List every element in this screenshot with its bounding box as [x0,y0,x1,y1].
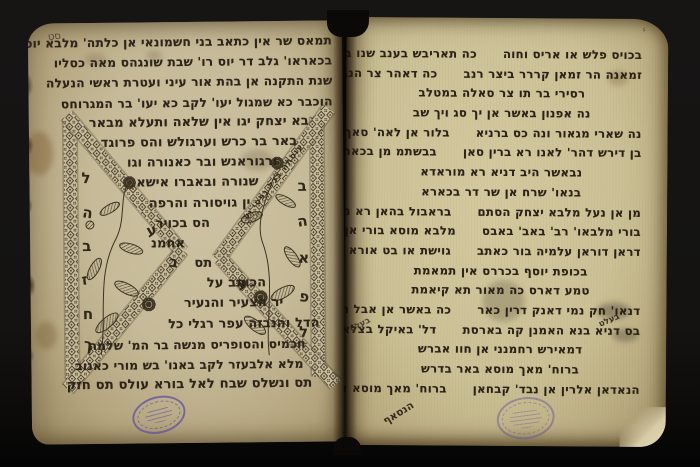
text-line: זמאנה הר זמאן קררר ביצר רנבכה דאהר צר הנ… [362,64,642,86]
hemistich-right: בכויס פלש או אריס וחוה [503,45,642,66]
text-line: בכופת יוסף בכררס אין תמאמת [361,261,641,283]
text-line: טמע דארס כה מאור תא קיאמת [361,280,641,302]
hemistich-left: בבשתמ מן בכאר' כוש חורדאן [344,142,438,163]
hemistich-left: מלבא מוסא בורי אן אפתאבס [344,221,457,242]
text-line: הדל והנבזה עפר רגלי כל [98,313,346,336]
text-line: יר הצעיר והנעיר [88,292,347,315]
hemistich-right: מן אן נעל מלבא יצחק הסתם [477,202,641,223]
oval-ink-stamp-right [494,393,557,442]
page-corner-curl [619,407,667,447]
right-page: ء בכויס פלש או אריס וחוהכה תאריבש בענב ש… [344,17,669,447]
text-line: רסירי בר תו צר סאלה במטלב [362,83,642,105]
text-line: הנאדאן אלרין אן נבד' קבחאןברוח' מאך מוסא… [360,379,640,401]
hemistich-right: בן דירש דהר' לאנו רא ברין סאן [463,143,642,164]
hemistich-right: זמאנה הר זמאן קררר ביצר רנב [463,64,642,85]
binding-notch [327,10,369,37]
text-line: נה אפנון באשר אן יך סג ויך שב [362,103,642,125]
text-line: דנאו' חק נמי דאנק דרין כארכה באשר אן אבל… [360,300,640,322]
text-line: דמאירש רחמנני אן חוו אברש [360,339,640,361]
text-line: נבאשר היב דניא רא מוראדא [361,162,641,184]
left-page-text: תמאס שר אין כתאב בני חשמונאי אן כלתה' מל… [40,30,336,396]
right-page-text: בכויס פלש או אריס וחוהכה תאריבש בענב שנו… [360,44,642,400]
hemistich-right: הנאדאן אלרין אן נבד' קבחאן [473,379,640,400]
text-line: תס ונשלס שבח לאל בורא עולס תס חזק [44,374,336,397]
text-line: נה שארי מגאור ונה כס ברניאבלור אן לאה' ס… [362,123,642,145]
hemistich-right: דראן דוראן עלמיה בור כאתב [477,242,641,263]
manuscript-photo: סט [0,0,700,467]
left-page: סט [28,20,346,444]
text-line: בכויס פלש או אריס וחוהכה תאריבש בענב שנו… [362,44,642,66]
hemistich-right: בורי מלבאו' רב' באב' באבס [482,222,641,243]
text-line: בורי מלבאו' רב' באב' באבסמלבא מוסא בורי … [361,221,641,243]
hemistich-left: ברוח' מאך מוסא אבן עמראן [344,378,447,399]
hemistich-left: גוישת או בט אורא בא מדאתב [344,240,452,261]
binding-notch [333,437,361,455]
hemistich-right: נה שארי מגאור ונה כס ברניא [476,124,642,145]
hemistich-left: כה תאריבש בענב שנו בשהרהא [344,44,478,65]
text-line: דראן דוראן עלמיה בור כאתבגוישת או בט אור… [361,241,641,263]
corner-mark: ء [642,25,646,35]
catchword: הנסאף [381,399,416,427]
text-line: בנאו' שרח אן שר דר בכארא [361,182,641,204]
text-line: ברוח' מאך מוסא באר בדרש [360,359,640,381]
hemistich-left: בלור אן לאה' סאך חק תעלא [344,122,450,143]
hemistich-left: בראבול בהאן רא מי פרסתם [344,201,452,222]
text-line: מן אן נעל מלבא יצחק הסתםבראבול בהאן רא מ… [361,201,641,223]
hemistich-left: כה באשר אן אבל תקדיר' בבאר [344,299,452,320]
text-line: בן דירש דהר' לאנו רא ברין סאןבבשתמ מן בכ… [361,142,641,164]
hemistich-left: כה דאהר צר הנבאראן מכר ונירנב [344,63,438,84]
text-line: הכותב על [90,272,346,295]
folio-number: סט [47,31,61,43]
